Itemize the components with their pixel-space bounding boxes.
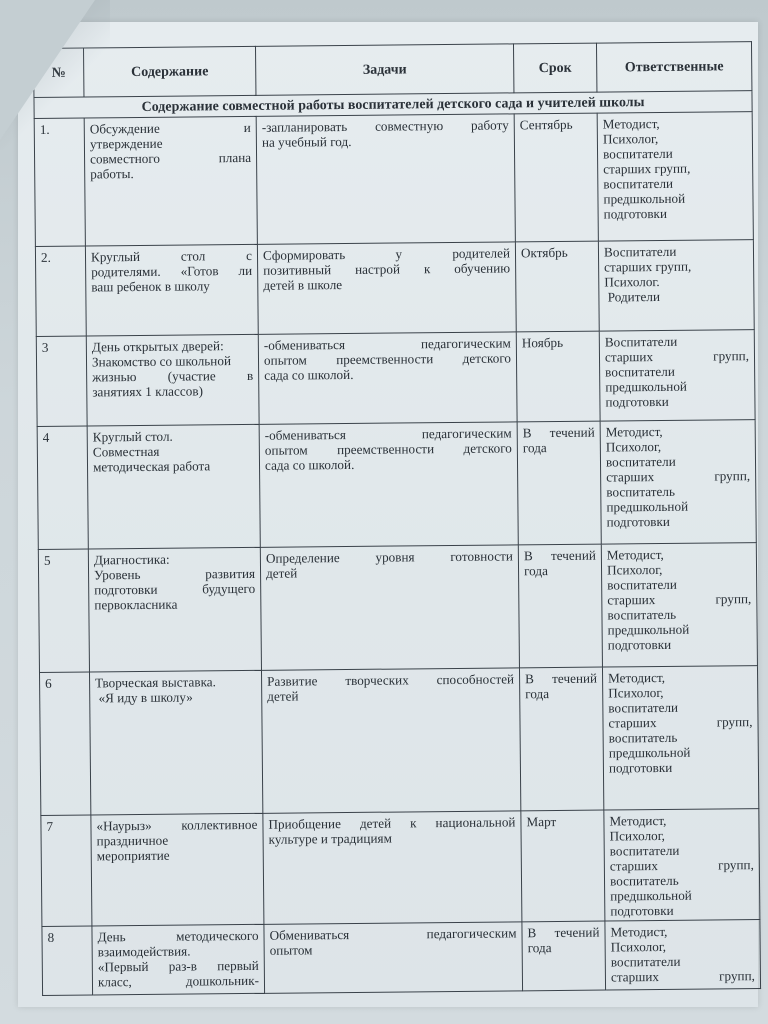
row-term: Втеченийгода (522, 921, 606, 991)
text-line: методическая работа (93, 458, 254, 475)
row-content: Диагностика:Уровеньразвитияподготовкибуд… (88, 547, 261, 672)
text-line: Воспитатели (604, 243, 748, 259)
text-line: воспитатели (606, 453, 750, 469)
word: позитивный (263, 262, 331, 278)
row-responsible: Методист,Психолог,воспитателистаршихгруп… (602, 666, 758, 810)
text-line: воспитатель (607, 606, 751, 622)
row-number: 7 (41, 815, 92, 926)
word: групп, (718, 857, 754, 872)
word: к (424, 261, 431, 276)
word: Приобщение (268, 816, 341, 832)
word: методического (176, 928, 259, 944)
header-term: Срок (513, 43, 596, 93)
word: и (244, 120, 251, 135)
word: Обмениваться (269, 927, 349, 943)
word: педагогическим (421, 335, 511, 351)
text-line: позитивныйнастройкобучению (263, 260, 510, 277)
text-line: Втечений (524, 548, 596, 564)
text-line: Ноябрь (522, 335, 594, 351)
row-responsible: Воспитателистарших групп,Психолог. Родит… (598, 240, 754, 331)
text-line: Методист, (608, 669, 752, 685)
word: детского (463, 440, 512, 455)
row-number: 5 (38, 549, 89, 672)
table-row: 4Круглый стол.Совместнаяметодическая раб… (37, 420, 756, 550)
text-line: класс,дошкольник- (98, 973, 259, 990)
text-line: опытомпреемственностидетского (264, 350, 511, 367)
row-tasks: Приобщениедетейкнациональнойкультуре и т… (263, 811, 522, 924)
text-line: Воспитатели (605, 333, 749, 349)
text-line: Методист, (607, 546, 751, 562)
table-row: 2.Круглыйстолсродителями.«Готовливаш реб… (35, 240, 754, 337)
word: раз-в (169, 958, 197, 973)
text-line: воспитатель (606, 483, 750, 499)
word: старших (607, 592, 655, 607)
text-line: старших групп, (603, 160, 747, 176)
word: старших (605, 349, 653, 364)
text-line: предшкольной (603, 190, 747, 206)
word: В (527, 925, 536, 940)
word: Определение (266, 550, 340, 566)
text-line: жизнью(участиев (92, 368, 253, 385)
word: жизнью (92, 369, 136, 384)
row-tasks: -обмениватьсяпедагогическимопытомпреемст… (258, 332, 517, 424)
word: педагогическим (427, 925, 517, 941)
row-responsible: Методист,Психолог,воспитателистаршихгруп… (605, 920, 761, 990)
word: преемственности (336, 351, 433, 367)
row-content: Обсуждениеиутверждениесовместногопланара… (84, 116, 257, 246)
word: «Наурыз» (96, 818, 151, 834)
word: В (524, 548, 533, 563)
word: будущего (202, 581, 255, 597)
text-line: сада со школой. (264, 365, 511, 382)
text-line: воспитатели (603, 175, 747, 191)
text-line: воспитатели (611, 953, 755, 969)
text-line: Методист, (606, 423, 750, 439)
text-line: Психолог, (606, 438, 750, 454)
text-line: воспитатели (603, 145, 747, 161)
text-line: сада со школой. (265, 455, 512, 472)
word: старших (608, 715, 656, 730)
word: родителями. (91, 264, 161, 280)
word: (участие (168, 368, 216, 383)
text-line: старшихгрупп, (608, 714, 752, 730)
table-header-row: № Содержание Задачи Срок Ответственные (34, 42, 752, 98)
word: В (525, 671, 534, 686)
text-line: утверждение (90, 135, 251, 152)
word: опытом (264, 352, 307, 367)
row-responsible: Воспитателистаршихгрупп,воспитателипредш… (599, 330, 755, 421)
work-plan-table: № Содержание Задачи Срок Ответственные С… (33, 41, 761, 996)
row-content: Творческая выставка. «Я иду в школу» (89, 670, 262, 815)
word: уровня (375, 549, 414, 564)
text-line: старшихгрупп, (605, 348, 749, 364)
table-row: 7«Наурыз»коллективноепраздничноемероприя… (41, 809, 760, 927)
text-line: Родители (604, 288, 748, 304)
row-term: Октябрь (515, 241, 599, 332)
text-line: Март (526, 814, 598, 830)
row-tasks: Обмениватьсяпедагогическимопытом (264, 922, 523, 993)
text-line: детей (267, 686, 514, 703)
word: развития (205, 566, 255, 581)
word: старших (606, 469, 654, 484)
text-line: подготовки (605, 393, 749, 409)
text-line: Психолог, (603, 130, 747, 146)
word: течений (552, 671, 597, 686)
text-line: Октябрь (521, 245, 593, 261)
row-number: 3 (36, 336, 87, 426)
row-term: Ноябрь (516, 331, 600, 422)
row-responsible: Методист,Психолог,воспитателистаршихгруп… (600, 420, 756, 544)
text-line: совместногоплана (90, 150, 251, 167)
text-line: детей (266, 563, 513, 580)
text-line: Втечений (523, 425, 595, 441)
word: групп, (714, 468, 750, 483)
word: родителей (452, 245, 510, 261)
text-line: -запланироватьсовместнуюработу (262, 117, 509, 134)
row-responsible: Методист,Психолог,воспитателистаршихгруп… (604, 809, 760, 921)
word: обучению (454, 260, 510, 276)
text-line: родителями.«Готовли (91, 263, 252, 280)
text-line: Психолог. (604, 273, 748, 289)
word: педагогическим (422, 425, 512, 441)
row-content: Деньметодическоговзаимодействия.«Первыйр… (92, 924, 265, 995)
text-line: мероприятие (97, 847, 258, 864)
text-line: Методист, (610, 923, 754, 939)
word: Круглый (91, 249, 140, 264)
word: В (523, 425, 532, 440)
row-term: Март (521, 810, 605, 922)
row-content: Круглый стол.Совместнаяметодическая рабо… (87, 424, 260, 549)
text-line: воспитатели (610, 842, 754, 858)
text-line: предшкольной (606, 498, 750, 514)
row-tasks: Сформироватьуродителейпозитивныйнастройк… (257, 242, 516, 334)
text-line: воспитатели (607, 576, 751, 592)
word: совместную (375, 118, 443, 134)
row-responsible: Методист,Психолог,воспитателистаршихгруп… (601, 543, 757, 667)
text-line: Психолог, (610, 827, 754, 843)
text-line: Знакомство со школьной (92, 353, 253, 370)
word: стол (181, 248, 206, 263)
word: групп, (719, 968, 755, 983)
row-term: Сентябрь (514, 113, 598, 242)
row-tasks: Развитиетворческихспособностейдетей (261, 668, 520, 813)
text-line: «Наурыз»коллективное (96, 817, 257, 834)
header-tasks: Задачи (255, 44, 513, 95)
text-line: «Я иду в школу» (95, 689, 256, 706)
text-line: подготовки (609, 759, 753, 775)
text-line: Психолог, (608, 684, 752, 700)
text-line: предшкольной (609, 744, 753, 760)
word: преемственности (337, 441, 434, 457)
text-line: Приобщениедетейкнациональной (268, 814, 515, 831)
text-line: Уровеньразвития (94, 566, 255, 583)
table-row: 6Творческая выставка. «Я иду в школу»Раз… (39, 666, 758, 816)
word: -обмениваться (264, 337, 345, 353)
text-line: опытом (270, 940, 517, 957)
text-line: праздничное (97, 832, 258, 849)
text-line: Круглый стол. (93, 428, 254, 445)
word: детей (360, 816, 391, 831)
word: течений (551, 548, 596, 563)
text-line: ваш ребенок в школу (91, 278, 252, 295)
row-number: 4 (37, 426, 88, 549)
text-line: День открытых дверей: (92, 338, 253, 355)
word: плана (219, 150, 252, 165)
text-line: года (524, 563, 596, 579)
text-line: Обмениватьсяпедагогическим (269, 925, 516, 942)
word: подготовки (94, 582, 158, 598)
word: детского (463, 350, 512, 365)
table-row: 5Диагностика:Уровеньразвитияподготовкибу… (38, 543, 757, 673)
text-line: Методист, (609, 812, 753, 828)
text-line: Втечений (527, 925, 599, 941)
text-line: подготовки (604, 205, 748, 221)
word: первый (217, 958, 259, 973)
text-line: первокласника (94, 596, 255, 613)
table-row: 1.Обсуждениеиутверждениесовместногоплана… (34, 112, 753, 247)
text-line: взаимодействия. (98, 943, 259, 960)
row-responsible: Методист,Психолог,воспитателистарших гру… (597, 112, 753, 241)
word: Уровень (94, 567, 141, 582)
word: Развитие (267, 673, 318, 688)
word: День (97, 929, 125, 944)
text-line: предшкольной (610, 887, 754, 903)
text-line: Диагностика: (94, 551, 255, 568)
text-line: Совместная (93, 443, 254, 460)
text-line: предшкольной (608, 621, 752, 637)
word: настрой (355, 261, 400, 276)
word: творческих (345, 672, 409, 688)
text-line: занятиях 1 классов) (92, 383, 253, 400)
header-responsible: Ответственные (596, 42, 751, 92)
word: готовности (450, 548, 513, 564)
text-line: Развитиетворческихспособностей (267, 671, 514, 688)
text-line: Определениеуровняготовности (266, 548, 513, 565)
word: старших (611, 969, 659, 984)
word: в (247, 368, 253, 383)
row-term: Втеченийгода (517, 421, 601, 545)
text-line: старшихгрупп, (610, 857, 754, 873)
word: Сформировать (263, 247, 345, 263)
row-number: 6 (39, 672, 90, 815)
word: «Готов (181, 263, 219, 278)
table-row: 8Деньметодическоговзаимодействия.«Первый… (42, 920, 761, 996)
word: -обмениваться (265, 427, 346, 443)
text-line: Обсуждениеи (90, 120, 251, 137)
word: совместного (90, 151, 160, 167)
word: групп, (715, 591, 751, 606)
word: способностей (437, 671, 515, 687)
word: течений (550, 425, 595, 440)
word: коллективное (181, 817, 257, 833)
word: у (395, 246, 402, 261)
word: дошкольник- (186, 973, 259, 989)
word: старших (610, 858, 658, 873)
row-content: «Наурыз»коллективноепраздничноемероприят… (91, 813, 264, 926)
text-line: опытомпреемственностидетского (265, 440, 512, 457)
text-line: подготовки (610, 902, 754, 918)
text-line: старшихгрупп, (611, 968, 755, 984)
text-line: воспитатель (609, 729, 753, 745)
text-line: Втечений (525, 671, 597, 687)
text-line: культуре и традициям (269, 829, 516, 846)
text-line: года (523, 440, 595, 456)
row-term: Втеченийгода (518, 544, 602, 668)
row-tasks: -обмениватьсяпедагогическимопытомпреемст… (259, 422, 518, 547)
row-number: 8 (42, 926, 93, 995)
word: класс, (98, 974, 132, 989)
row-content: День открытых дверей:Знакомство со школь… (86, 334, 259, 426)
word: ли (238, 263, 252, 278)
text-line: подготовки (608, 636, 752, 652)
word: -запланировать (262, 119, 348, 135)
text-line: подготовки (607, 513, 751, 529)
text-line: подготовкибудущего (94, 581, 255, 598)
text-line: старших групп, (604, 258, 748, 274)
text-line: воспитатель (610, 872, 754, 888)
text-line: детей в школе (263, 275, 510, 292)
word: опытом (265, 442, 308, 457)
text-line: года (525, 686, 597, 702)
text-line: работы. (90, 165, 251, 182)
text-line: воспитатели (605, 363, 749, 379)
word: национальной (435, 814, 515, 830)
text-line: Психолог, (607, 561, 751, 577)
text-line: Сентябрь (520, 117, 592, 133)
word: групп, (717, 714, 753, 729)
word: групп, (713, 348, 749, 363)
text-line: предшкольной (605, 378, 749, 394)
table-row: 3День открытых дверей:Знакомство со школ… (36, 330, 755, 427)
text-line: старшихгрупп, (607, 591, 751, 607)
word: работу (471, 117, 509, 132)
folded-page-corner (0, 0, 95, 140)
text-line: Деньметодического (97, 928, 258, 945)
text-line: Круглыйстолс (91, 248, 252, 265)
text-line: на учебный год. (262, 132, 509, 149)
row-number: 2. (35, 246, 86, 336)
text-line: воспитатели (608, 699, 752, 715)
row-content: Круглыйстолсродителями.«Готовливаш ребен… (85, 244, 258, 336)
text-line: года (528, 940, 600, 956)
text-line: Методист, (603, 115, 747, 131)
word: к (410, 815, 417, 830)
text-line: Психолог, (611, 938, 755, 954)
word: течений (554, 925, 599, 940)
row-term: Втеченийгода (519, 667, 603, 811)
row-tasks: Определениеуровняготовностидетей (260, 545, 519, 670)
row-tasks: -запланироватьсовместнуюработуна учебный… (256, 114, 515, 244)
word: «Первый (98, 959, 149, 974)
word: с (246, 248, 252, 263)
text-line: Творческая выставка. (95, 674, 256, 691)
text-line: «Первыйраз-впервый (98, 958, 259, 975)
text-line: старшихгрупп, (606, 468, 750, 484)
